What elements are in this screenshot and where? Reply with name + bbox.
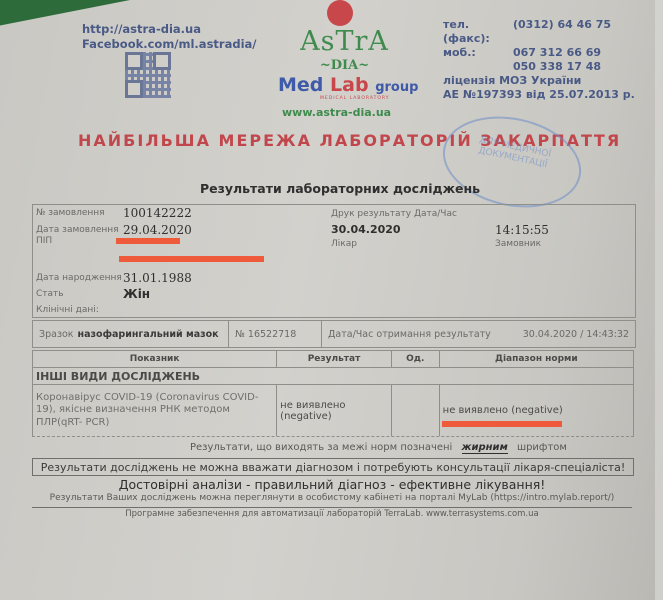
header-range: Діапазон норми bbox=[440, 351, 633, 367]
received-label: Дата/Час отримання результату bbox=[328, 329, 491, 340]
mobile-2: 050 338 17 48 bbox=[513, 60, 601, 74]
sample-cell: Зразок назофарингальний мазок bbox=[33, 321, 229, 347]
note-bold-word: жирним bbox=[462, 442, 508, 454]
contacts: тел. (факс):(0312) 64 46 75 моб.:067 312… bbox=[443, 18, 635, 102]
logo-group: group bbox=[375, 80, 418, 95]
patient-info-box: № замовлення 100142222 Дата замовлення 2… bbox=[32, 204, 636, 318]
print-time: 14:15:55 bbox=[495, 223, 549, 237]
logo-astra: AsTrA bbox=[272, 26, 417, 57]
print-label: Друк результату Дата/Час bbox=[331, 209, 457, 219]
qr-finder bbox=[153, 52, 171, 70]
qr-finder bbox=[125, 80, 143, 98]
sex: Жін bbox=[123, 287, 150, 301]
divider bbox=[32, 507, 632, 508]
software-note: Програмне забезпечення для автоматизації… bbox=[32, 509, 632, 519]
table-row: Коронавірус COVID-19 (Coronavirus COVID-… bbox=[32, 385, 634, 437]
highlight-underline bbox=[442, 421, 562, 427]
doctor-label: Лікар bbox=[331, 239, 357, 249]
header-result: Результат bbox=[277, 351, 392, 367]
paper-edge bbox=[655, 0, 663, 600]
logo-dia: ~DIA~ bbox=[272, 58, 417, 73]
sample-row: Зразок назофарингальний мазок № 16522718… bbox=[32, 320, 636, 348]
sample-value: назофарингальний мазок bbox=[78, 329, 219, 340]
results-table: Показник Результат Од. Діапазон норми ІН… bbox=[32, 350, 634, 437]
mylab-note: Результати Ваших досліджень можна перегл… bbox=[32, 493, 632, 503]
microscope-icon bbox=[327, 0, 353, 26]
print-date: 30.04.2020 bbox=[331, 223, 401, 236]
order-no-label: № замовлення bbox=[36, 208, 105, 218]
mobile-label: моб.: bbox=[443, 46, 513, 60]
order-date-label: Дата замовлення bbox=[36, 225, 119, 235]
phone-fax-label: тел. (факс): bbox=[443, 18, 513, 46]
sex-label: Стать bbox=[36, 289, 64, 299]
name-redaction bbox=[119, 256, 264, 262]
order-date: 29.04.2020 bbox=[123, 223, 192, 237]
facebook-link[interactable]: Facebook.com/ml.astradia/ bbox=[82, 37, 256, 52]
out-of-range-note: Результати, що виходять за межі норм поз… bbox=[190, 442, 567, 453]
website-link[interactable]: http://astra-dia.ua bbox=[82, 22, 256, 37]
logo-website[interactable]: www.astra-dia.ua bbox=[282, 106, 391, 119]
footer-slogan: Достовірні аналізи - правильний діагноз … bbox=[32, 477, 632, 492]
note-suffix: шрифтом bbox=[517, 442, 567, 453]
qr-finder bbox=[125, 52, 143, 70]
birth-date: 31.01.1988 bbox=[123, 271, 192, 285]
license-line-1: ліцензія МОЗ України bbox=[443, 74, 635, 88]
logo-medlab: Med Lab group bbox=[278, 74, 418, 96]
result-cell: не виявлено (negative) bbox=[277, 385, 392, 436]
range-cell: не виявлено (negative) bbox=[440, 385, 633, 436]
name-label: ПІП bbox=[36, 236, 52, 246]
sample-number: № 16522718 bbox=[229, 321, 322, 347]
table-group-row: ІНШІ ВИДИ ДОСЛІДЖЕНЬ bbox=[32, 368, 634, 385]
customer-label: Замовник bbox=[495, 239, 541, 249]
birth-date-label: Дата народження bbox=[36, 273, 122, 283]
warning-box: Результати досліджень не можна вважати д… bbox=[32, 458, 634, 476]
document-title: Результати лабораторних досліджень bbox=[180, 181, 500, 196]
logo-med: Med bbox=[278, 74, 323, 96]
logo-lab: Lab bbox=[330, 74, 369, 96]
received-cell: Дата/Час отримання результату 30.04.2020… bbox=[322, 321, 635, 347]
indicator-cell: Коронавірус COVID-19 (Coronavirus COVID-… bbox=[33, 385, 277, 436]
range-value: не виявлено (negative) bbox=[443, 405, 563, 416]
header-links: http://astra-dia.ua Facebook.com/ml.astr… bbox=[82, 22, 256, 52]
unit-cell bbox=[392, 385, 440, 436]
license-line-2: АЕ №197393 від 25.07.2013 р. bbox=[443, 88, 635, 102]
clinical-label: Клінічні дані: bbox=[36, 305, 99, 315]
logo-subtitle: MEDICAL LABORATORY bbox=[320, 96, 389, 101]
received-value: 30.04.2020 / 14:43:32 bbox=[523, 329, 629, 340]
header-unit: Од. bbox=[392, 351, 440, 367]
order-no: 100142222 bbox=[123, 206, 192, 220]
stamp: ДЛЯ МЕДИЧНОЇ ДОКУМЕНТАЦІЇ bbox=[434, 104, 589, 219]
header-indicator: Показник bbox=[33, 351, 277, 367]
sample-label: Зразок bbox=[39, 329, 74, 340]
name-redaction bbox=[116, 238, 180, 244]
note-prefix: Результати, що виходять за межі норм поз… bbox=[190, 442, 452, 453]
mobile-1: 067 312 66 69 bbox=[513, 46, 601, 60]
qr-code-icon bbox=[125, 52, 171, 98]
phone-fax: (0312) 64 46 75 bbox=[513, 18, 611, 46]
table-header: Показник Результат Од. Діапазон норми bbox=[32, 350, 634, 368]
